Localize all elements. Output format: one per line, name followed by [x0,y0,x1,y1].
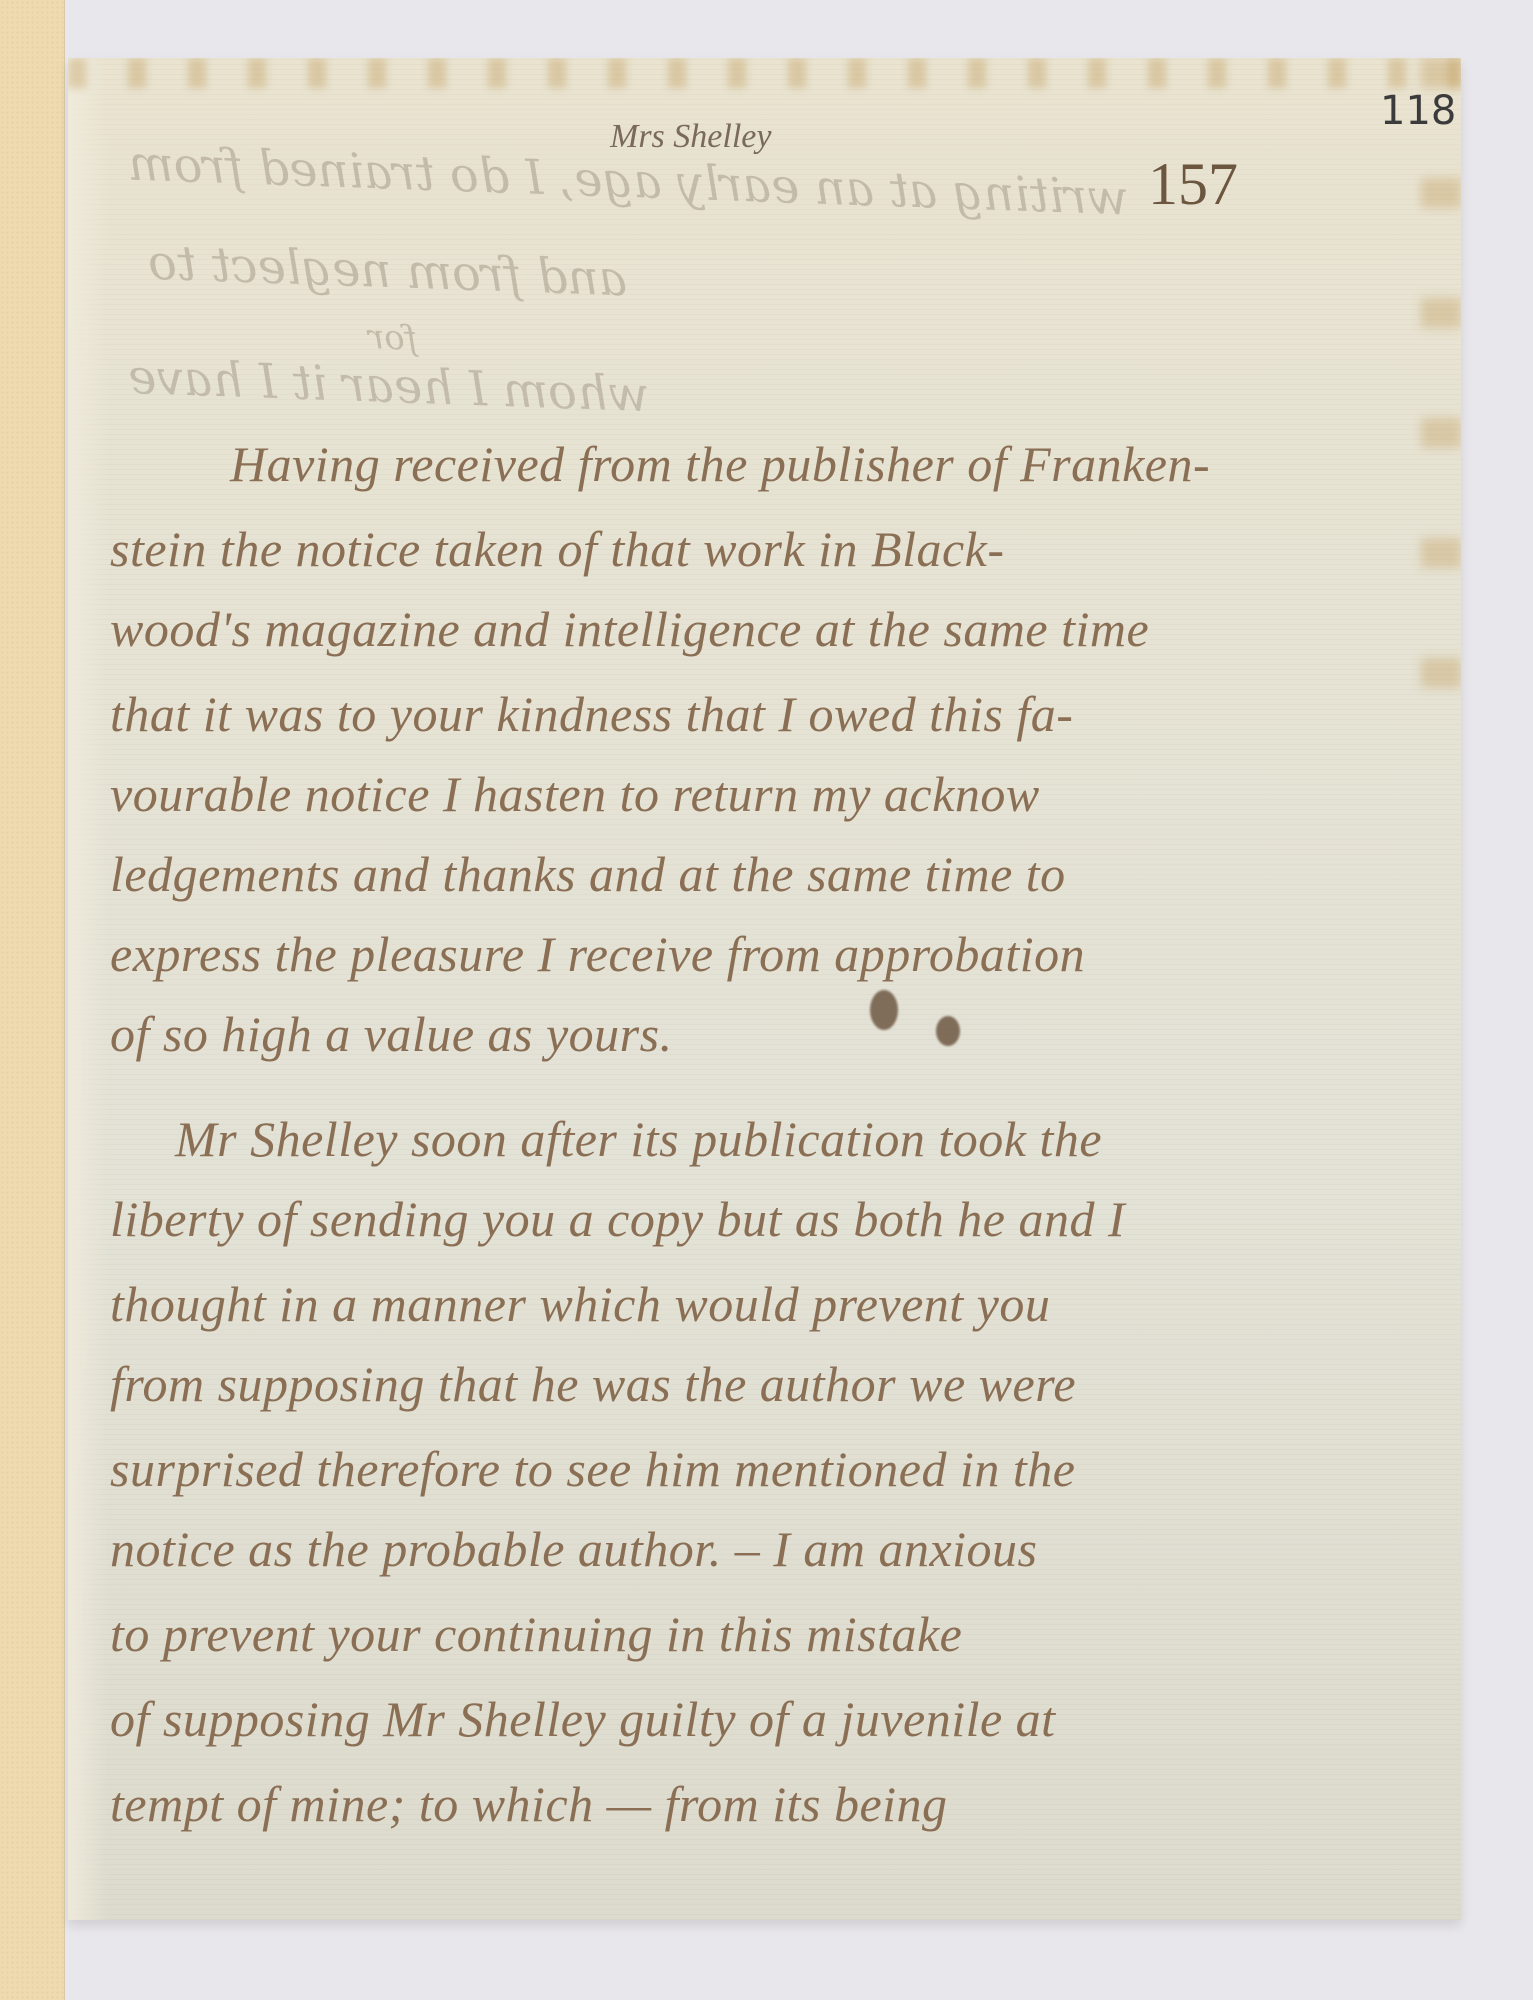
mounting-strip [0,0,65,2000]
letter-line: thought in a manner which would prevent … [110,1275,1050,1333]
letter-line: ledgements and thanks and at the same ti… [110,845,1066,903]
letter-line: to prevent your continuing in this mista… [110,1605,962,1663]
letter-line: surprised therefore to see him mentioned… [110,1440,1075,1498]
bleed-through-line: whom I hear it I have [127,349,650,423]
letter-line: stein the notice taken of that work in B… [110,520,1005,578]
letter-line: Mr Shelley soon after its publication to… [175,1110,1102,1168]
letter-line: from supposing that he was the author we… [110,1355,1076,1413]
letter-line: wood's magazine and intelligence at the … [110,600,1149,658]
letter-line: express the pleasure I receive from appr… [110,925,1085,983]
letter-line: notice as the probable author. – I am an… [110,1520,1038,1578]
letter-line: of supposing Mr Shelley guilty of a juve… [110,1690,1056,1748]
bleed-through-line: and from neglect to [147,235,628,308]
foxing-stain-top [68,58,1461,88]
foxing-stain-right [1421,58,1461,758]
letter-line: vourable notice I hasten to return my ac… [110,765,1040,823]
sheet-edge [68,58,108,1920]
letter-line: tempt of mine; to which — from its being [110,1775,948,1833]
letter-line: that it was to your kindness that I owed… [110,685,1073,743]
folio-number: 118 [1380,88,1456,134]
ink-blot [870,990,898,1030]
letter-line: of so high a value as yours. [110,1005,673,1063]
letter-line: liberty of sending you a copy but as bot… [110,1190,1125,1248]
header-note: Mrs Shelley [610,118,771,156]
bleed-through-line: for [367,317,418,359]
letter-line: Having received from the publisher of Fr… [230,435,1210,493]
page-number: 157 [1148,150,1238,219]
ink-blot [936,1016,960,1046]
